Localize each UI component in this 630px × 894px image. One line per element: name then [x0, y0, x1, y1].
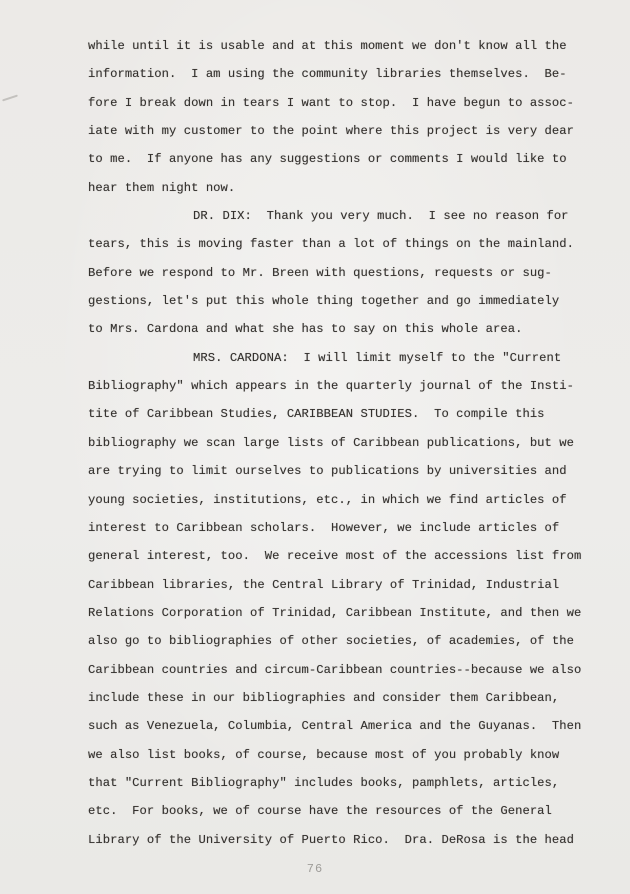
document-line: also go to bibliographies of other socie…: [88, 627, 576, 655]
document-line: we also list books, of course, because m…: [88, 741, 576, 769]
document-line: Caribbean countries and circum-Caribbean…: [88, 656, 576, 684]
document-line: gestions, let's put this whole thing tog…: [88, 287, 576, 315]
document-line-speaker-cardona: MRS. CARDONA: I will limit myself to the…: [88, 344, 576, 372]
document-line: iate with my customer to the point where…: [88, 117, 576, 145]
document-line: Caribbean libraries, the Central Library…: [88, 571, 576, 599]
document-line: include these in our bibliographies and …: [88, 684, 576, 712]
document-line: tears, this is moving faster than a lot …: [88, 230, 576, 258]
document-line: Relations Corporation of Trinidad, Carib…: [88, 599, 576, 627]
document-line: young societies, institutions, etc., in …: [88, 486, 576, 514]
document-line: bibliography we scan large lists of Cari…: [88, 429, 576, 457]
document-line: general interest, too. We receive most o…: [88, 542, 576, 570]
document-line: fore I break down in tears I want to sto…: [88, 89, 576, 117]
document-line: interest to Caribbean scholars. However,…: [88, 514, 576, 542]
document-line: Library of the University of Puerto Rico…: [88, 826, 576, 854]
page-number: 76: [0, 862, 630, 876]
document-line: etc. For books, we of course have the re…: [88, 797, 576, 825]
document-line: to Mrs. Cardona and what she has to say …: [88, 315, 576, 343]
document-line-speaker-dix: DR. DIX: Thank you very much. I see no r…: [88, 202, 576, 230]
document-line: hear them night now.: [88, 174, 576, 202]
document-line: are trying to limit ourselves to publica…: [88, 457, 576, 485]
document-line: Before we respond to Mr. Breen with ques…: [88, 259, 576, 287]
document-page: while until it is usable and at this mom…: [88, 32, 576, 854]
document-line: tite of Caribbean Studies, CARIBBEAN STU…: [88, 400, 576, 428]
document-line: Bibliography" which appears in the quart…: [88, 372, 576, 400]
document-line: to me. If anyone has any suggestions or …: [88, 145, 576, 173]
document-line: information. I am using the community li…: [88, 60, 576, 88]
document-line: that "Current Bibliography" includes boo…: [88, 769, 576, 797]
document-line: while until it is usable and at this mom…: [88, 32, 576, 60]
document-line: such as Venezuela, Columbia, Central Ame…: [88, 712, 576, 740]
